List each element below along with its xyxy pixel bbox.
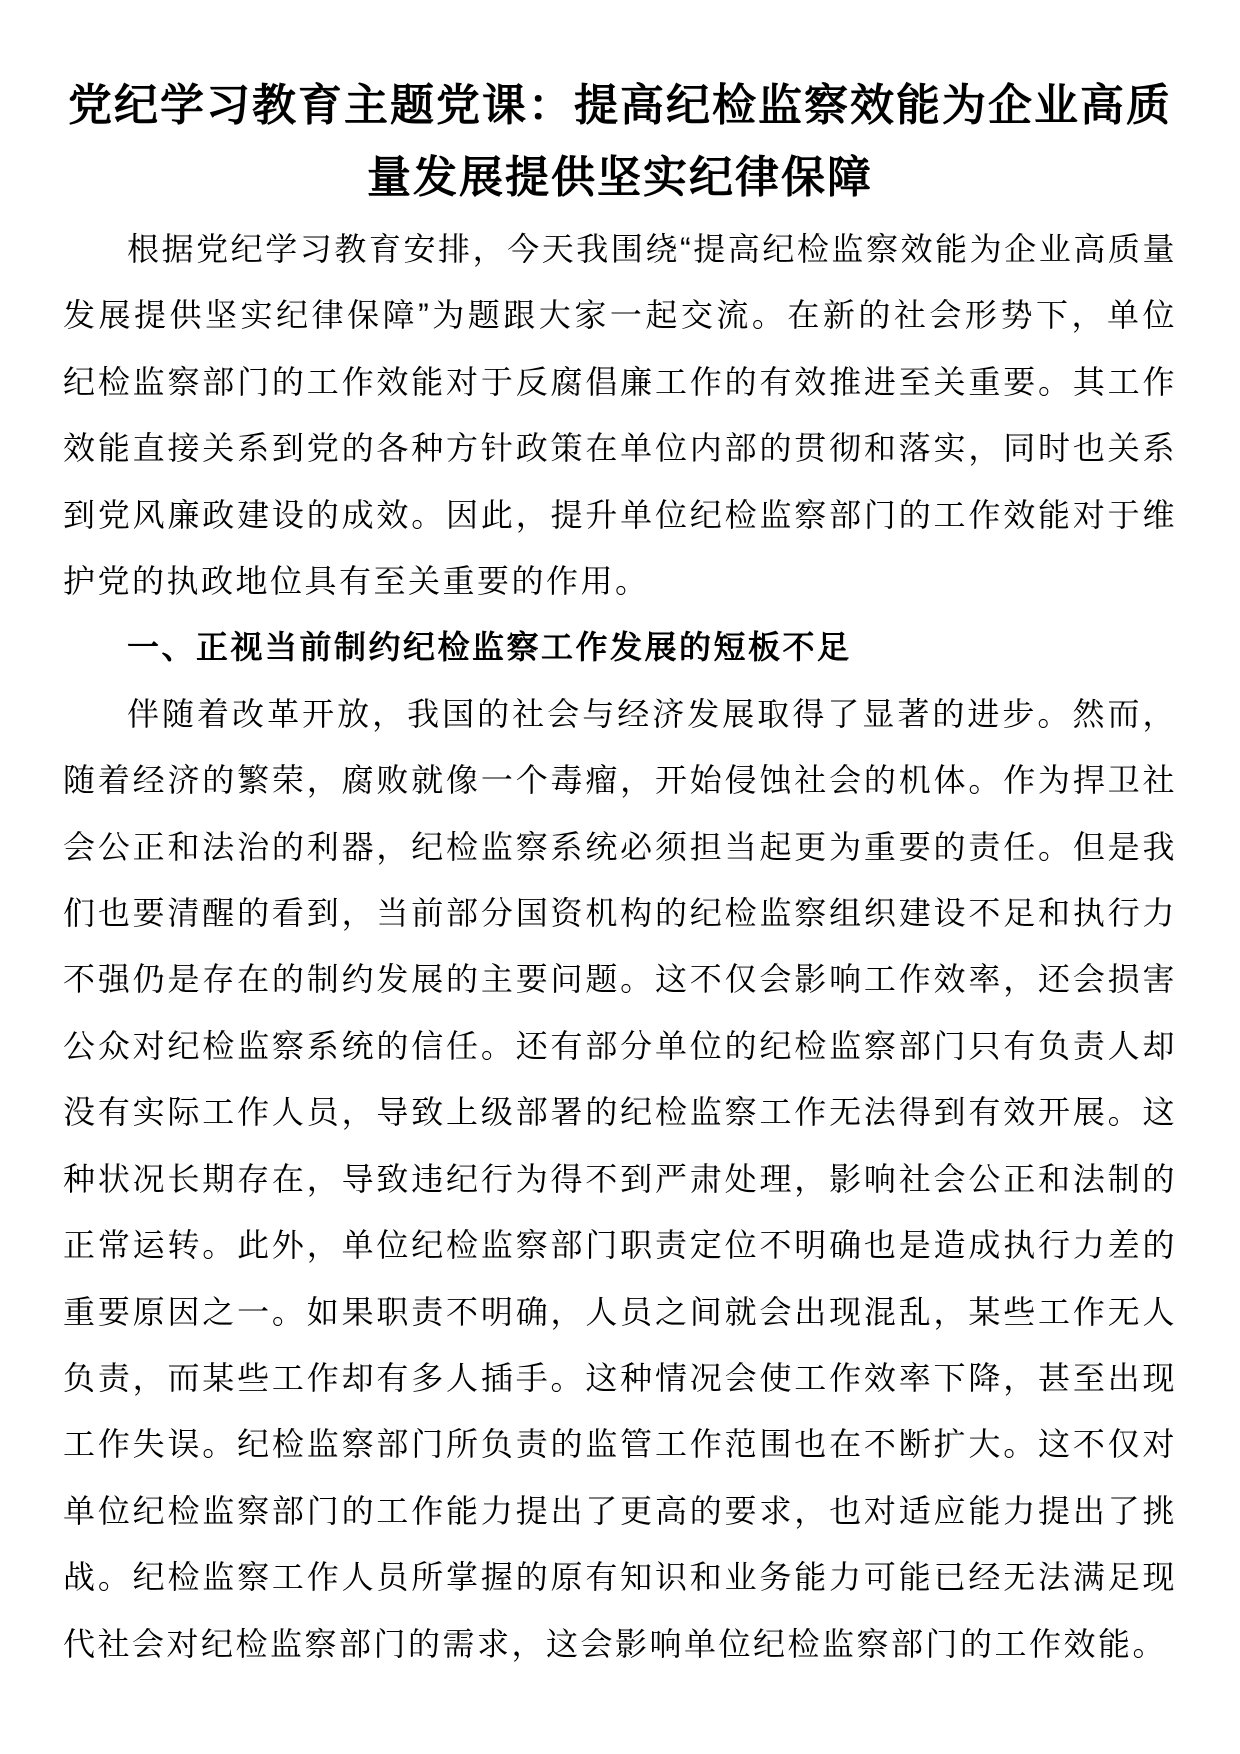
section-heading-1: 一、正视当前制约纪检监察工作发展的短板不足 — [63, 614, 1177, 680]
paragraph-section-1: 伴随着改革开放，我国的社会与经济发展取得了显著的进步。然而，随着经济的繁荣，腐败… — [63, 681, 1177, 1677]
paragraph-intro: 根据党纪学习教育安排，今天我围绕“提高纪检监察效能为企业高质量发展提供坚实纪律保… — [63, 216, 1177, 614]
page-title: 党纪学习教育主题党课：提高纪检监察效能为企业高质量发展提供坚实纪律保障 — [63, 70, 1177, 214]
document-page: 党纪学习教育主题党课：提高纪检监察效能为企业高质量发展提供坚实纪律保障 根据党纪… — [0, 0, 1240, 1754]
